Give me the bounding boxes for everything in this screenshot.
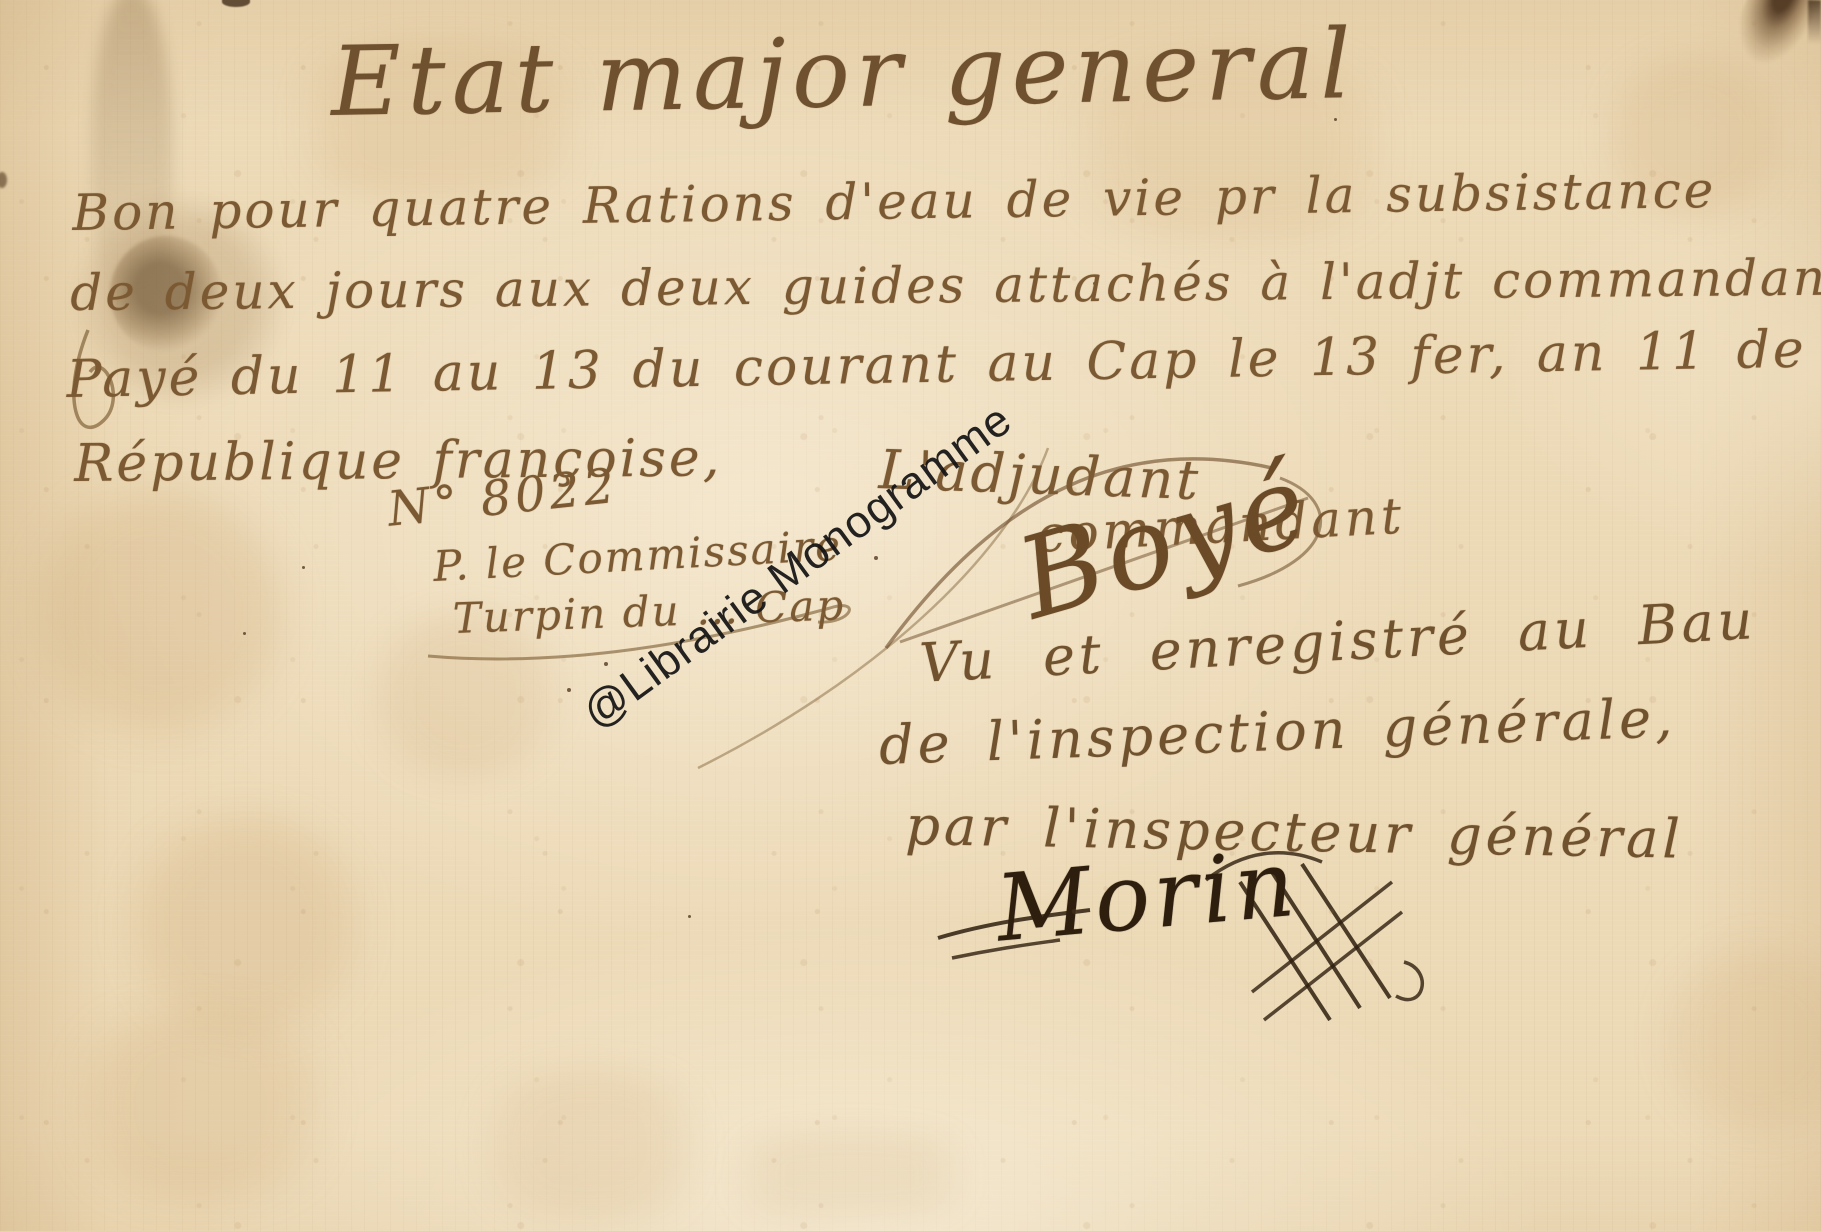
body-line-2: de deux jours aux deux guides attachés à…	[70, 248, 1821, 322]
manuscript-page: Etat major general Bon pour quatre Ratio…	[0, 0, 1821, 1231]
body-line-1: Bon pour quatre Rations d'eau de vie pr …	[72, 161, 1717, 242]
foxing-stain	[450, 1070, 730, 1220]
ink-speck	[243, 632, 246, 635]
document-title: Etat major general	[330, 8, 1358, 138]
foxing-stain	[1660, 930, 1821, 1150]
ink-speck	[567, 688, 571, 692]
edge-shadow	[1808, 0, 1821, 44]
foxing-stain	[110, 810, 380, 1040]
foxing-stain	[20, 470, 300, 750]
edge-nick	[222, 0, 250, 7]
ink-speck	[604, 662, 608, 666]
edge-speck	[0, 172, 7, 188]
ink-speck	[874, 556, 878, 560]
attestation-line-2: de l'inspection générale,	[878, 686, 1677, 777]
torn-edge-mark	[1725, 0, 1821, 80]
foxing-stain	[40, 1010, 360, 1200]
ink-speck	[302, 566, 305, 569]
body-line-3: Payé du 11 au 13 du courant au Cap le 13…	[66, 318, 1821, 410]
ink-speck	[688, 915, 691, 918]
foxing-stain	[690, 1130, 1010, 1220]
